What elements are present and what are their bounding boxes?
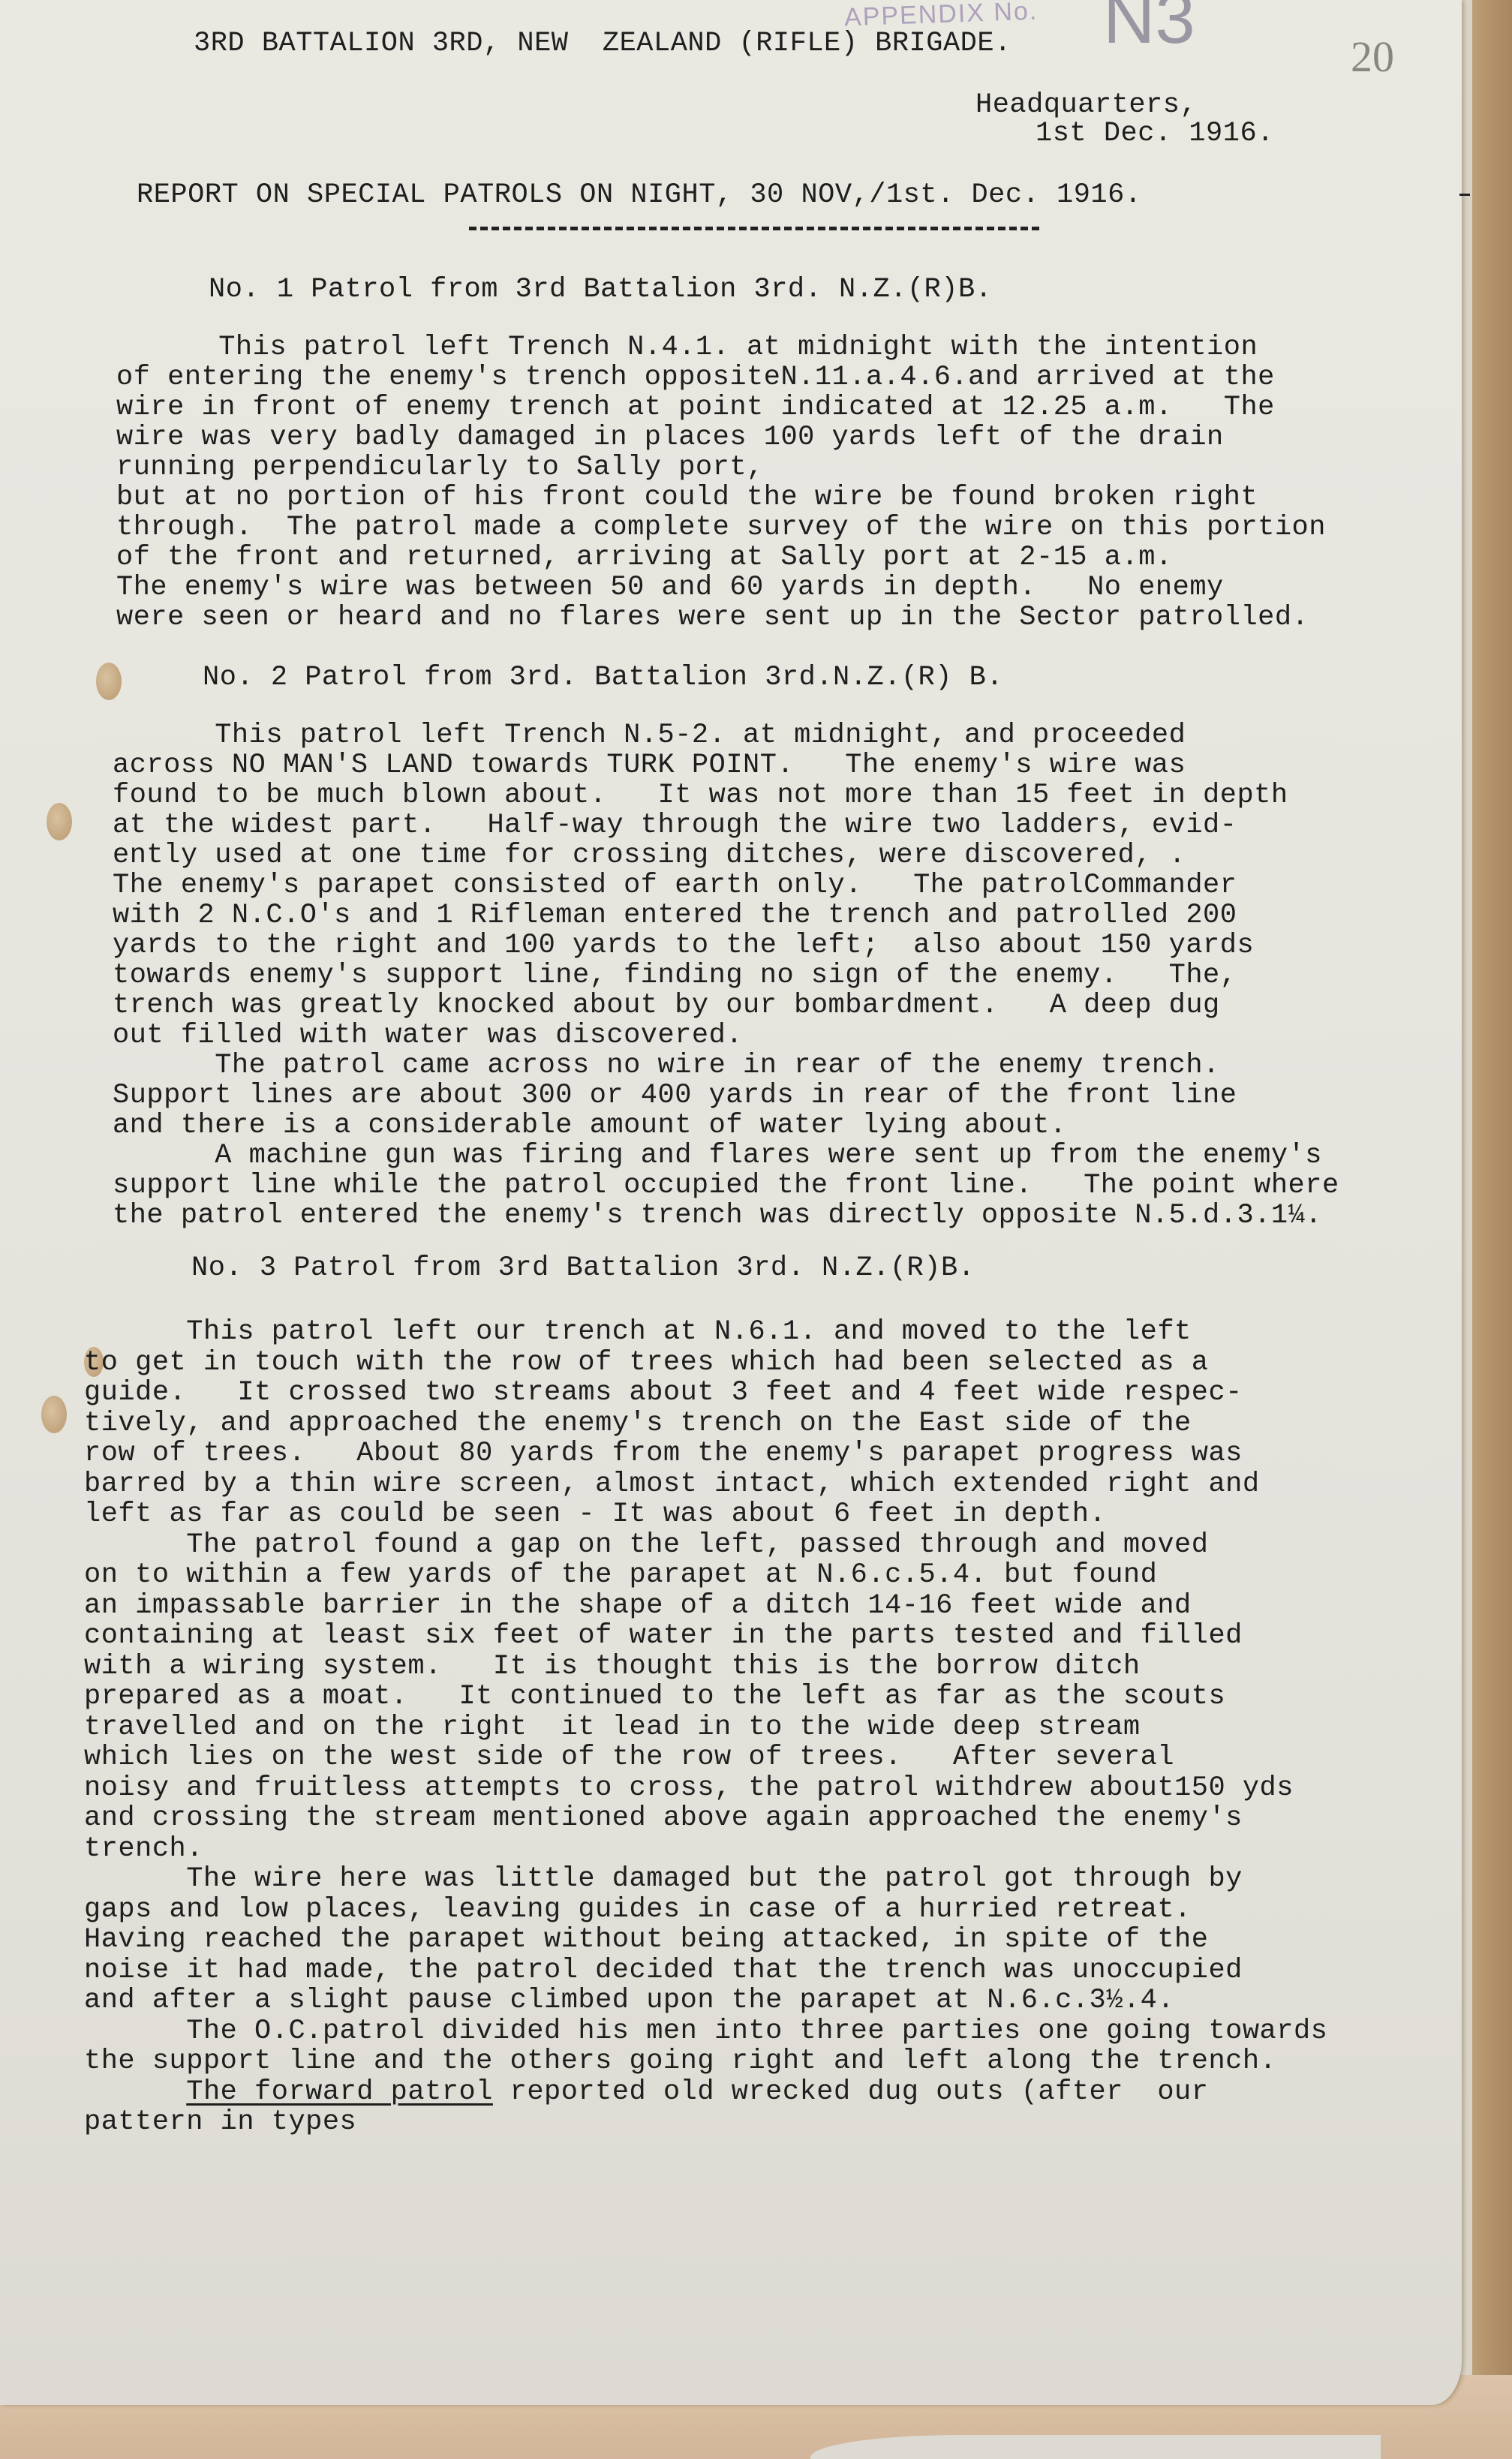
body-line: were seen or heard and no flares were se… <box>116 603 1309 633</box>
body-line: prepared as a moat. It continued to the … <box>84 1682 1225 1712</box>
body-line-rest: reported old wrecked dug outs (after our <box>493 2076 1209 2108</box>
body-line: Support lines are about 300 or 400 yards… <box>113 1081 1237 1111</box>
body-line: wire was very badly damaged in places 10… <box>116 422 1224 452</box>
body-line: with a wiring system. It is thought this… <box>84 1652 1141 1682</box>
body-line: guide. It crossed two streams about 3 fe… <box>84 1378 1243 1408</box>
body-line: The O.C.patrol divided his men into thre… <box>84 2016 1327 2046</box>
body-line: through. The patrol made a complete surv… <box>116 513 1326 543</box>
body-line: an impassable barrier in the shape of a … <box>84 1591 1192 1621</box>
body-line: Having reached the parapet without being… <box>84 1925 1208 1955</box>
body-line: tively, and approached the enemy's trenc… <box>84 1408 1192 1438</box>
location-line: Headquarters, <box>975 90 1197 120</box>
body-line: trench. <box>84 1834 203 1864</box>
body-line: The enemy's wire was between 50 and 60 y… <box>116 573 1224 603</box>
section-heading-patrol-2: No. 2 Patrol from 3rd. Battalion 3rd.N.Z… <box>203 663 1003 693</box>
body-line: at the widest part. Half-way through the… <box>113 810 1237 840</box>
body-line: found to be much blown about. It was not… <box>113 780 1288 810</box>
folio-number: 20 <box>1351 32 1394 82</box>
title-dashed-rule <box>469 227 1039 230</box>
appendix-number: N3 <box>1103 0 1195 60</box>
body-line: ently used at one time for crossing ditc… <box>113 840 1186 870</box>
body-line: yards to the right and 100 yards to the … <box>113 930 1254 960</box>
body-line: containing at least six feet of water in… <box>84 1621 1243 1651</box>
body-line: barred by a thin wire screen, almost int… <box>84 1469 1260 1499</box>
body-line: of the front and returned, arriving at S… <box>116 543 1173 573</box>
date-line: 1st Dec. 1916. <box>1036 119 1274 149</box>
section-heading-patrol-3: No. 3 Patrol from 3rd Battalion 3rd. N.Z… <box>191 1253 975 1283</box>
body-line: of entering the enemy's trench oppositeN… <box>116 362 1275 392</box>
body-line: with 2 N.C.O's and 1 Rifleman entered th… <box>113 900 1237 930</box>
body-line: the patrol entered the enemy's trench wa… <box>113 1201 1322 1231</box>
margin-mark <box>1459 194 1470 196</box>
body-line: The patrol came across no wire in rear o… <box>113 1051 1220 1081</box>
body-line: and after a slight pause climbed upon th… <box>84 1986 1174 2016</box>
body-line: The forward patrol reported old wrecked … <box>84 2077 1208 2107</box>
body-line: trench was greatly knocked about by our … <box>113 991 1220 1021</box>
body-line: support line while the patrol occupied t… <box>113 1171 1339 1201</box>
body-line: gaps and low places, leaving guides in c… <box>84 1895 1192 1925</box>
body-line: The enemy's parapet consisted of earth o… <box>113 870 1237 900</box>
body-line: The patrol found a gap on the left, pass… <box>84 1530 1208 1560</box>
body-line: to get in touch with the row of trees wh… <box>84 1348 1208 1378</box>
body-line: This patrol left Trench N.5-2. at midnig… <box>113 720 1186 750</box>
underlined-phrase: The forward patrol <box>186 2076 493 2108</box>
body-line: out filled with water was discovered. <box>113 1021 743 1051</box>
body-line: towards enemy's support line, finding no… <box>113 960 1237 991</box>
body-line: pattern in types <box>84 2107 356 2137</box>
body-line: running perpendicularly to Sally port, <box>116 452 764 482</box>
body-line: but at no portion of his front could the… <box>116 482 1258 513</box>
body-line: and there is a considerable amount of wa… <box>113 1111 1066 1141</box>
body-line: noise it had made, the patrol decided th… <box>84 1955 1243 1986</box>
document-heading: 3RD BATTALION 3RD, NEW ZEALAND (RIFLE) B… <box>194 29 1012 59</box>
body-line: which lies on the west side of the row o… <box>84 1742 1174 1772</box>
report-title: REPORT ON SPECIAL PATROLS ON NIGHT, 30 N… <box>137 180 1142 210</box>
body-line: A machine gun was firing and flares were… <box>113 1141 1322 1171</box>
body-line: The wire here was little damaged but the… <box>84 1864 1243 1894</box>
punch-hole <box>47 803 72 840</box>
body-line: This patrol left Trench N.4.1. at midnig… <box>116 332 1258 362</box>
body-line: wire in front of enemy trench at point i… <box>116 392 1275 422</box>
body-line: This patrol left our trench at N.6.1. an… <box>84 1317 1192 1347</box>
body-line: left as far as could be seen - It was ab… <box>84 1499 1106 1529</box>
section-heading-patrol-1: No. 1 Patrol from 3rd Battalion 3rd. N.Z… <box>209 275 992 305</box>
punch-hole <box>41 1396 67 1433</box>
body-line: and crossing the stream mentioned above … <box>84 1803 1243 1833</box>
body-line: noisy and fruitless attempts to cross, t… <box>84 1773 1294 1803</box>
body-line: across NO MAN'S LAND towards TURK POINT.… <box>113 750 1186 780</box>
punch-hole <box>96 663 122 700</box>
body-line: travelled and on the right it lead in to… <box>84 1712 1141 1742</box>
underlying-sheet-bottom <box>810 2435 1381 2459</box>
body-line: on to within a few yards of the parapet … <box>84 1560 1157 1590</box>
body-line: the support line and the others going ri… <box>84 2046 1276 2076</box>
body-line: row of trees. About 80 yards from the en… <box>84 1438 1243 1468</box>
typed-document-page: APPENDIX No. N3 20 3RD BATTALION 3RD, NE… <box>0 0 1462 2405</box>
